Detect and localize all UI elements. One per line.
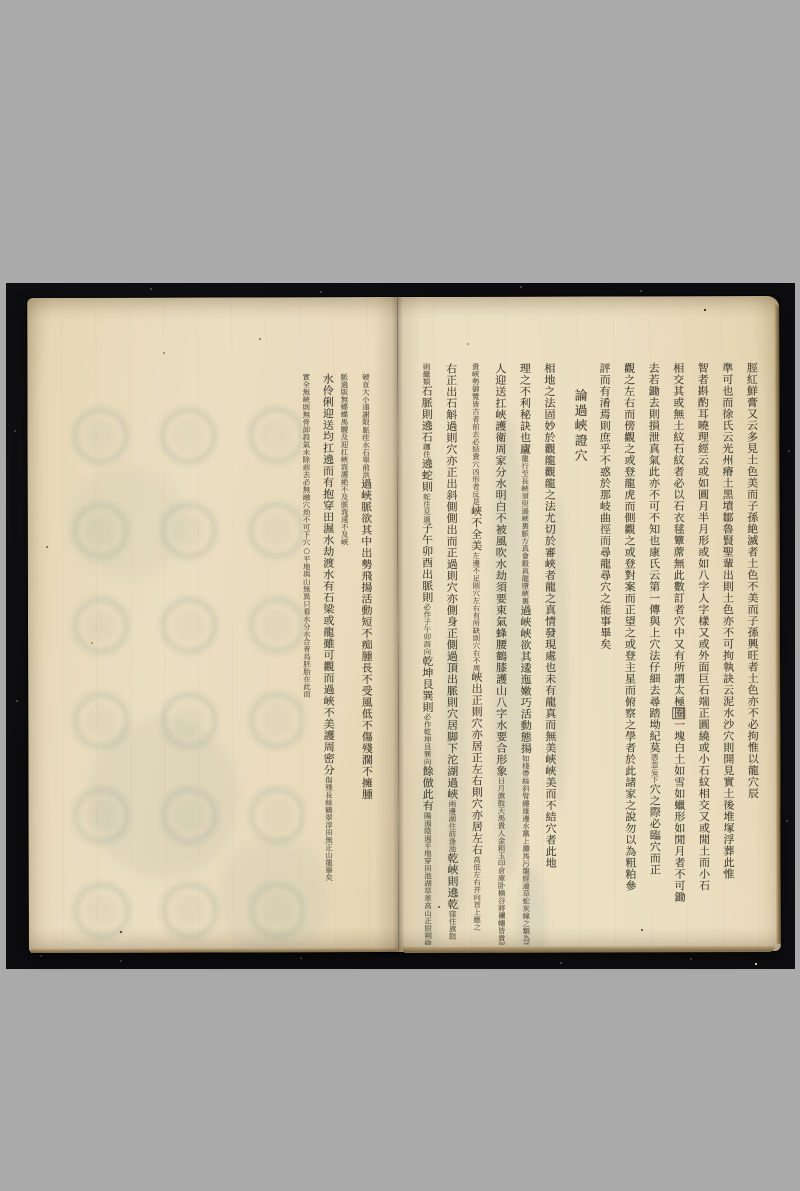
- interlinear-note: 脈過版無蝶蝶馬騣及迎扛峽峩護絶不及脈峩遠不及峽: [340, 373, 349, 546]
- manuscript-text-column: 脛紅鮮膏又云多見土色美而子孫絶滅者土色不美而子孫興旺者土色亦不必拘惟以龍穴辰: [746, 362, 759, 944]
- manuscript-text-column: 貴峽勢御覽皆吉者前去必結貴穴凶形者反是峽不全美左邊不足則穴左右有所缺則穴右不周峽…: [470, 363, 483, 945]
- manuscript-text-column: 實全無峽則無骨卸殺氣未除前去必無融穴劫不可下穴○平地與山無異只看水分水合青烏胚胎…: [300, 373, 313, 949]
- text-segment: 過峽峽欲其逶迤嫩巧活動態揚: [519, 605, 532, 755]
- text-segment: 乾峽則遶乾: [446, 852, 459, 910]
- interlinear-note: 兩邊湖住前逢池: [448, 800, 457, 853]
- text-segment: 觀之左右而傍觀之或登龍虎而側觀之或登對案而正望之或登主星而俯察之學者於此諸家之說…: [623, 362, 637, 891]
- text-segment: 乾坤艮巽則: [421, 655, 434, 713]
- interlinear-note: 蛇住見過: [422, 492, 431, 522]
- text-segment: 沱湖過峽: [446, 754, 459, 800]
- text-segment: 石脈則遶石: [420, 385, 433, 443]
- book-spread: 硬直大小遠謝限脈疰水石單前洪過峽脈欲其中出勢飛揚活動短不痴腫長不受風低不傷殘濶不…: [27, 296, 781, 953]
- text-segment: 智者斟酌耳曉理經云或如圓月半月形或如八字人字樣又或外面巨石端正圓繞或小石紋相交又…: [696, 362, 710, 891]
- bottom-page-stack-right: [403, 946, 775, 953]
- manuscript-text-column: 評而有淆焉則庶乎不惑於那岐曲徑而尋龍尋穴之能事畢矣: [598, 362, 611, 944]
- manuscript-text-column: 去若鋤去則損泄真氣此亦不可不知也康氏云第一傳與上穴法仔細去尋踏坳紀莫憑忽妄下穴之…: [648, 362, 661, 944]
- interlinear-note: 貴峽勢御覽皆吉者前去必結貴穴凶形者反是: [471, 363, 480, 506]
- text-segment: 論過峽證穴: [572, 389, 587, 464]
- left-page: 硬直大小遠謝限脈疰水石單前洪過峽脈欲其中出勢飛揚活動短不痴腫長不受風低不傷殘濶不…: [27, 297, 399, 953]
- manuscript-text-column: 右正出石斛過則穴亦正出斜側側出而正過則穴亦側身正側過頂出脈則穴居脚下沱湖過峽兩邊…: [445, 363, 458, 945]
- right-page: 脛紅鮮膏又云多見土色美而子孫絶滅者土色不美而子孫興旺者土色亦不必拘惟以龍穴辰準可…: [397, 296, 781, 952]
- text-segment: 水伶俐迎送均扛遶而有抱穿田濕水劫渡水有石梁或龍雖可觀而過峽不美護周密分: [321, 373, 335, 776]
- manuscript-text-column: 觀之左右而傍觀之或登龍虎而側觀之或登對案而正望之或登主星而俯察之學者於此諸家之說…: [623, 362, 636, 944]
- manuscript-text-column: 理之不利秘訣也廬龍行至長峽須臾過峽裏脈方真會穀真龍墮峽裏過峽峽欲其逶迤嫩巧活動態…: [519, 363, 532, 945]
- text-segment: 峽出正則穴亦居正左右則穴亦居左右: [470, 671, 483, 855]
- text-segment: 過峽脈欲其中出勢飛揚活動短不痴腫長不受風低不傷殘濶不擁腫: [360, 478, 373, 800]
- text-segment: 評而有淆焉則庶乎不惑於那岐曲徑而尋龍尋穴之能事畢矣: [598, 362, 612, 650]
- text-segment: 餘倣此有: [421, 765, 434, 811]
- interlinear-note: 實全無峽則無骨卸殺氣未除前去必無融穴劫不可下穴: [302, 373, 311, 546]
- section-title-column: 論過峽證穴: [572, 363, 587, 945]
- interlinear-note: ○平地與山無異只看水分水合青烏胚胎在此而: [302, 546, 311, 698]
- interlinear-note: 憑忽妄下: [650, 753, 659, 783]
- manuscript-text-column: 準可也而徐氏云光州瘠土黑墳鄒魯賢聖輩出則土色亦不可拘執訣云泥水沙穴則開見實土後堆…: [721, 362, 734, 944]
- interlinear-note: 硬直大小遠謝限: [361, 373, 370, 426]
- text-segment: 準可也而徐氏云光州瘠土黑墳鄒魯賢聖輩出則土色亦不可拘執訣云泥水沙穴則開見實土後堆…: [721, 362, 735, 880]
- text-segment: 脛紅鮮膏又云多見土色美而子孫絶滅者土色不美而子孫興旺者土色亦不必拘惟以龍穴辰: [745, 362, 759, 799]
- manuscript-text-column: 則繼類石脈則遶石躔住遶蛇則蛇住見過子午卯酉出脈則必作子午卯酉向乾坤艮巽則必作乾坤…: [421, 363, 434, 945]
- interlinear-note: 如棧帶絲斜臂縷雄邊水黨上灘馬污龍經連草蛇灰線之類為美: [521, 754, 531, 945]
- interlinear-note: 窪住旗鼓: [448, 910, 457, 940]
- interlinear-note: 必作乾坤艮巽向: [423, 713, 432, 766]
- left-page-text-block: 硬直大小遠謝限脈疰水石單前洪過峽脈欲其中出勢飛揚活動短不痴腫長不受風低不傷殘濶不…: [261, 373, 373, 949]
- interlinear-note: 則繼類: [422, 363, 431, 386]
- text-segment: 圈: [673, 707, 686, 719]
- manuscript-text-column: 人迎送扛峽護衛周家分水明白不被風吹水劫須要束氣蜂腰鶴膝護山八字水要合形象日月旗鼓…: [494, 363, 507, 945]
- interlinear-note: 高低左右并向首上應之: [472, 855, 481, 930]
- interlinear-note: 脈疰水石單前洪: [361, 426, 370, 479]
- manuscript-text-column: 相交其或無土紋石紋者必以石衣毬簟蓆無此數訂者穴中又有所謂太極圈一塊白土如雪如蠟形…: [672, 362, 685, 944]
- interlinear-note: 傷殘長絲鶴翠淳田無正山龍畢矣: [324, 776, 333, 881]
- manuscript-text-column: 相地之法固妙於觀龍觀龍之法尤切於審峽者龍之真情發現處也未有龍真而無美峽峽美而不結…: [543, 363, 556, 945]
- text-segment: 相交其或無土紋石紋者必以石衣毬簟蓆無此數訂者穴中又有所謂太極: [672, 362, 686, 707]
- text-segment: 相地之法固妙於觀龍觀龍之法尤切於審峽者龍之真情發現處也未有龍真而無美峽峽美而不結…: [543, 363, 557, 869]
- scanned-manuscript-photo: { "meta": { "document_type": "scanned do…: [0, 0, 800, 1191]
- text-segment: 理之不利秘訣也廬: [518, 363, 531, 455]
- text-segment: 子午卯酉出脈則: [421, 522, 434, 603]
- text-segment: 遶蛇則: [420, 458, 433, 493]
- interlinear-note: 左邊不足則穴左右有所缺則穴右不周: [472, 551, 481, 671]
- bleedthrough-blob: [68, 468, 188, 578]
- text-segment: 穴之際必臨穴而正: [648, 783, 661, 875]
- text-segment: 去若鋤去則損泄真氣此亦不可不知也康氏云第一傳與上穴法仔細去尋踏坳紀莫: [647, 362, 661, 753]
- interlinear-note: 必作子午卯酉向: [423, 603, 432, 656]
- manuscript-text-column: 硬直大小遠謝限脈疰水石單前洪過峽脈欲其中出勢飛揚活動短不痴腫長不受風低不傷殘濶不…: [360, 373, 373, 949]
- text-segment: 人迎送扛峽護衛周家分水明白不被風吹水劫須要束氣蜂腰鶴膝護山八字水要合形象: [494, 363, 508, 777]
- interlinear-note: 龍行至長峽須臾過峽裏脈方真會穀真龍墮峽裏: [521, 455, 530, 605]
- paper-fox-spots: [0, 0, 2, 2]
- text-segment: 峽不全美: [470, 505, 483, 551]
- interlinear-note: 躔住: [422, 443, 431, 458]
- text-segment: 一塊白土如雪如蠟形如閒月者不可鋤: [673, 719, 686, 903]
- bleedthrough-blob: [88, 717, 238, 877]
- manuscript-text-column: 水伶俐迎送均扛遶而有抱穿田濕水劫渡水有石梁或龍雖可觀而過峽不美護周密分傷殘長絲鶴…: [322, 373, 335, 949]
- interlinear-note: 陽遏陰遏平地穿田池湖草萆高山正尉朔偷長短: [423, 811, 432, 945]
- manuscript-text-column: 智者斟酌耳曉理經云或如圓月半月形或如八字人字樣又或外面巨石端正圓繞或小石紋相交又…: [697, 362, 710, 944]
- interlinear-note: 日月旗鼓天馬貴人金箱玉印倉庫卧樀谷將襴幰皆貴器: [497, 777, 506, 945]
- text-segment: 右正出石斛過則穴亦正出斜側側出而正過則穴亦側身正側過頂出脈則穴居脚下: [445, 363, 459, 754]
- right-page-text-block: 脛紅鮮膏又云多見土色美而子孫絶滅者土色不美而子孫興旺者土色亦不必拘惟以龍穴辰準可…: [413, 362, 759, 945]
- manuscript-text-column: 脈過版無蝶蝶馬騣及迎扛峽峩護絶不及脈峩遠不及峽: [338, 373, 351, 949]
